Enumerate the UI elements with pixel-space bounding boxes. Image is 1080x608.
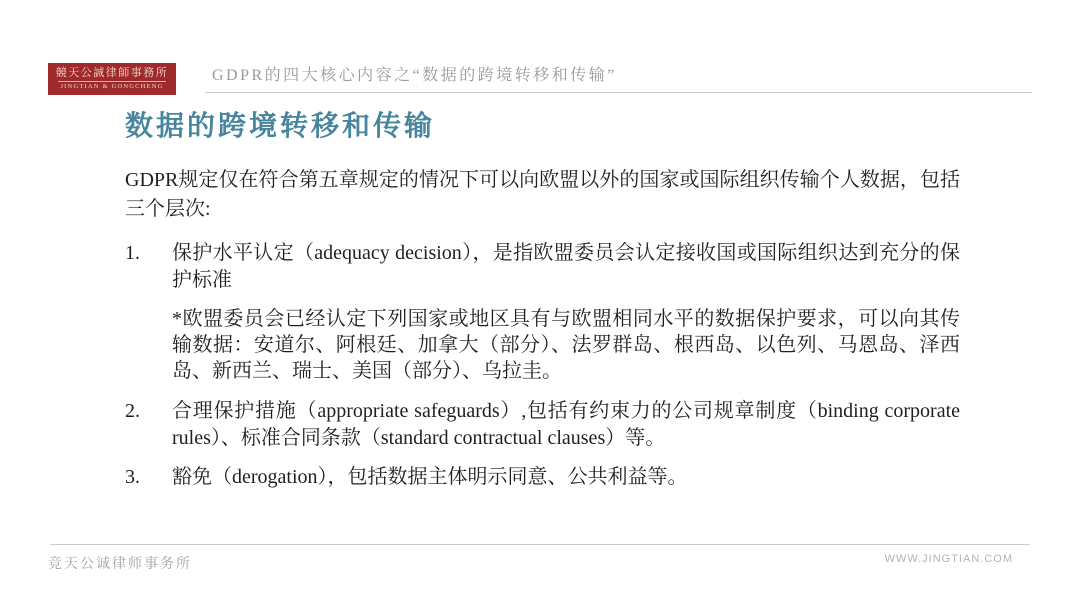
slide-body: 数据的跨境转移和传输 GDPR规定仅在符合第五章规定的情况下可以向欧盟以外的国家… bbox=[125, 104, 960, 503]
slide-title: 数据的跨境转移和传输 bbox=[125, 104, 960, 144]
firm-logo-english-name: JINGTIAN & GONGCHENG bbox=[52, 83, 172, 91]
list-item-text: 豁免（derogation），包括数据主体明示同意、公共利益等。 bbox=[172, 464, 960, 491]
presentation-slide: 競天公誠律師事務所 JINGTIAN & GONGCHENG GDPR的四大核心… bbox=[0, 0, 1080, 608]
list-number: 2. bbox=[125, 398, 172, 452]
footer-divider-line bbox=[50, 544, 1030, 545]
adequacy-countries-note: *欧盟委员会已经认定下列国家或地区具有与欧盟相同水平的数据保护要求，可以向其传输… bbox=[172, 306, 960, 384]
intro-paragraph: GDPR规定仅在符合第五章规定的情况下可以向欧盟以外的国家或国际组织传输个人数据… bbox=[125, 166, 960, 224]
numbered-list: 1. 保护水平认定（adequacy decision），是指欧盟委员会认定接收… bbox=[125, 240, 960, 491]
list-item-content: 保护水平认定（adequacy decision），是指欧盟委员会认定接收国或国… bbox=[172, 240, 960, 386]
list-number: 3. bbox=[125, 464, 172, 491]
header-divider-line bbox=[205, 92, 1032, 93]
list-item-adequacy-decision: 1. 保护水平认定（adequacy decision），是指欧盟委员会认定接收… bbox=[125, 240, 960, 386]
footer-firm-name: 竞天公诚律师事务所 bbox=[48, 553, 192, 573]
firm-logo-chinese-name: 競天公誠律師事務所 bbox=[52, 67, 172, 80]
list-item-content: 豁免（derogation），包括数据主体明示同意、公共利益等。 bbox=[172, 464, 960, 491]
list-number: 1. bbox=[125, 240, 172, 386]
list-item-appropriate-safeguards: 2. 合理保护措施（appropriate safeguards）,包括有约束力… bbox=[125, 398, 960, 452]
header-topic-text: GDPR的四大核心内容之“数据的跨境转移和传输” bbox=[212, 62, 617, 85]
list-item-content: 合理保护措施（appropriate safeguards）,包括有约束力的公司… bbox=[172, 398, 960, 452]
firm-logo: 競天公誠律師事務所 JINGTIAN & GONGCHENG bbox=[48, 63, 176, 95]
list-item-text: 保护水平认定（adequacy decision），是指欧盟委员会认定接收国或国… bbox=[172, 240, 960, 294]
logo-divider-line bbox=[58, 81, 166, 82]
list-item-derogation: 3. 豁免（derogation），包括数据主体明示同意、公共利益等。 bbox=[125, 464, 960, 491]
footer-website-url: WWW.JINGTIAN.COM bbox=[885, 553, 1013, 565]
list-item-text: 合理保护措施（appropriate safeguards）,包括有约束力的公司… bbox=[172, 398, 960, 452]
